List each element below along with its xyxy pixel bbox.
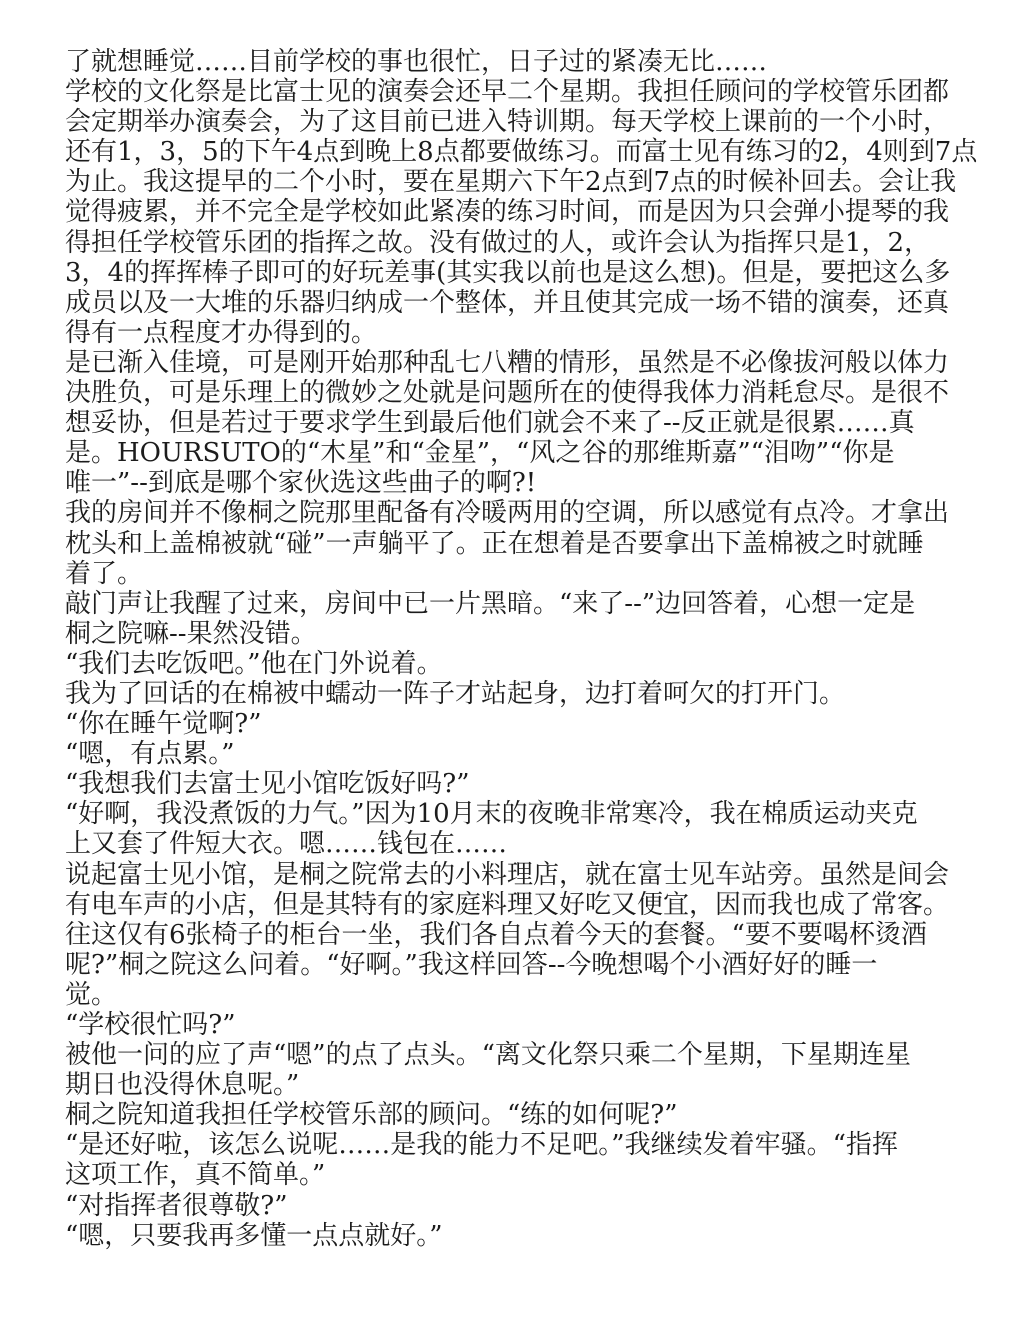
text-line: “我想我们去富士见小馆吃饭好吗?”: [65, 769, 965, 799]
text-line: “好啊，我没煮饭的力气。”因为10月末的夜晚非常寒冷，我在棉质运动夹克: [65, 799, 965, 829]
text-line: 期日也没得休息呢。”: [65, 1070, 965, 1100]
text-line: 觉。: [65, 980, 965, 1010]
text-line: 上又套了件短大衣。嗯……钱包在……: [65, 829, 965, 859]
text-line: 想妥协，但是若过于要求学生到最后他们就会不来了--反正就是很累……真: [65, 408, 965, 438]
text-line: “你在睡午觉啊?”: [65, 709, 965, 739]
text-line: “嗯，只要我再多懂一点点就好。”: [65, 1221, 965, 1251]
text-line: 说起富士见小馆，是桐之院常去的小料理店，就在富士见车站旁。虽然是间会: [65, 860, 965, 890]
text-line: 会定期举办演奏会，为了这目前已进入特训期。每天学校上课前的一个小时，: [65, 107, 965, 137]
text-line: “我们去吃饭吧。”他在门外说着。: [65, 649, 965, 679]
text-line: 还有1，3，5的下午4点到晚上8点都要做练习。而富士见有练习的2，4则到7点: [65, 137, 965, 167]
text-line: 是。HOURSUTO的“木星”和“金星”，“风之谷的那维斯嘉”“泪吻”“你是: [65, 438, 965, 468]
text-line: 觉得疲累，并不完全是学校如此紧凑的练习时间，而是因为只会弹小提琴的我: [65, 197, 965, 227]
text-line: 往这仅有6张椅子的柜台一坐，我们各自点着今天的套餐。“要不要喝杯烫酒: [65, 920, 965, 950]
text-line: 得有一点程度才办得到的。: [65, 318, 965, 348]
text-line: 桐之院嘛--果然没错。: [65, 619, 965, 649]
text-line: 得担任学校管乐团的指挥之故。没有做过的人，或许会认为指挥只是1，2，: [65, 228, 965, 258]
text-line: 被他一问的应了声“嗯”的点了点头。“离文化祭只乘二个星期，下星期连星: [65, 1040, 965, 1070]
text-line: 有电车声的小店，但是其特有的家庭料理又好吃又便宜，因而我也成了常客。: [65, 890, 965, 920]
text-line: “是还好啦，该怎么说呢……是我的能力不足吧。”我继续发着牢骚。“指挥: [65, 1130, 965, 1160]
text-line: 了就想睡觉……目前学校的事也很忙，日子过的紧凑无比……: [65, 47, 965, 77]
text-line: 决胜负，可是乐理上的微妙之处就是问题所在的使得我体力消耗怠尽。是很不: [65, 378, 965, 408]
text-line: “对指挥者很尊敬?”: [65, 1191, 965, 1221]
text-line: 这项工作，真不简单。”: [65, 1160, 965, 1190]
text-line: 桐之院知道我担任学校管乐部的顾问。“练的如何呢?”: [65, 1100, 965, 1130]
text-line: 我的房间并不像桐之院那里配备有冷暖两用的空调，所以感觉有点冷。才拿出: [65, 498, 965, 528]
text-line: 学校的文化祭是比富士见的演奏会还早二个星期。我担任顾问的学校管乐团都: [65, 77, 965, 107]
text-line: 呢?”桐之院这么问着。“好啊。”我这样回答--今晚想喝个小酒好好的睡一: [65, 950, 965, 980]
text-line: 是已渐入佳境，可是刚开始那种乱七八糟的情形，虽然是不必像拔河般以体力: [65, 348, 965, 378]
text-line: 为止。我这提早的二个小时，要在星期六下午2点到7点的时候补回去。会让我: [65, 167, 965, 197]
text-line: 我为了回话的在棉被中蠕动一阵子才站起身，边打着呵欠的打开门。: [65, 679, 965, 709]
text-line: 敲门声让我醒了过来，房间中已一片黑暗。“来了--”边回答着，心想一定是: [65, 589, 965, 619]
text-line: “学校很忙吗?”: [65, 1010, 965, 1040]
text-line: “嗯，有点累。”: [65, 739, 965, 769]
text-line: 唯一”--到底是哪个家伙选这些曲子的啊?!: [65, 468, 965, 498]
text-line: 着了。: [65, 559, 965, 589]
document-page: 了就想睡觉……目前学校的事也很忙，日子过的紧凑无比…… 学校的文化祭是比富士见的…: [65, 47, 965, 1251]
text-line: 枕头和上盖棉被就“碰”一声躺平了。正在想着是否要拿出下盖棉被之时就睡: [65, 529, 965, 559]
text-line: 3，4的挥挥棒子即可的好玩差事(其实我以前也是这么想)。但是，要把这么多: [65, 258, 965, 288]
text-line: 成员以及一大堆的乐器归纳成一个整体，并且使其完成一场不错的演奏，还真: [65, 288, 965, 318]
